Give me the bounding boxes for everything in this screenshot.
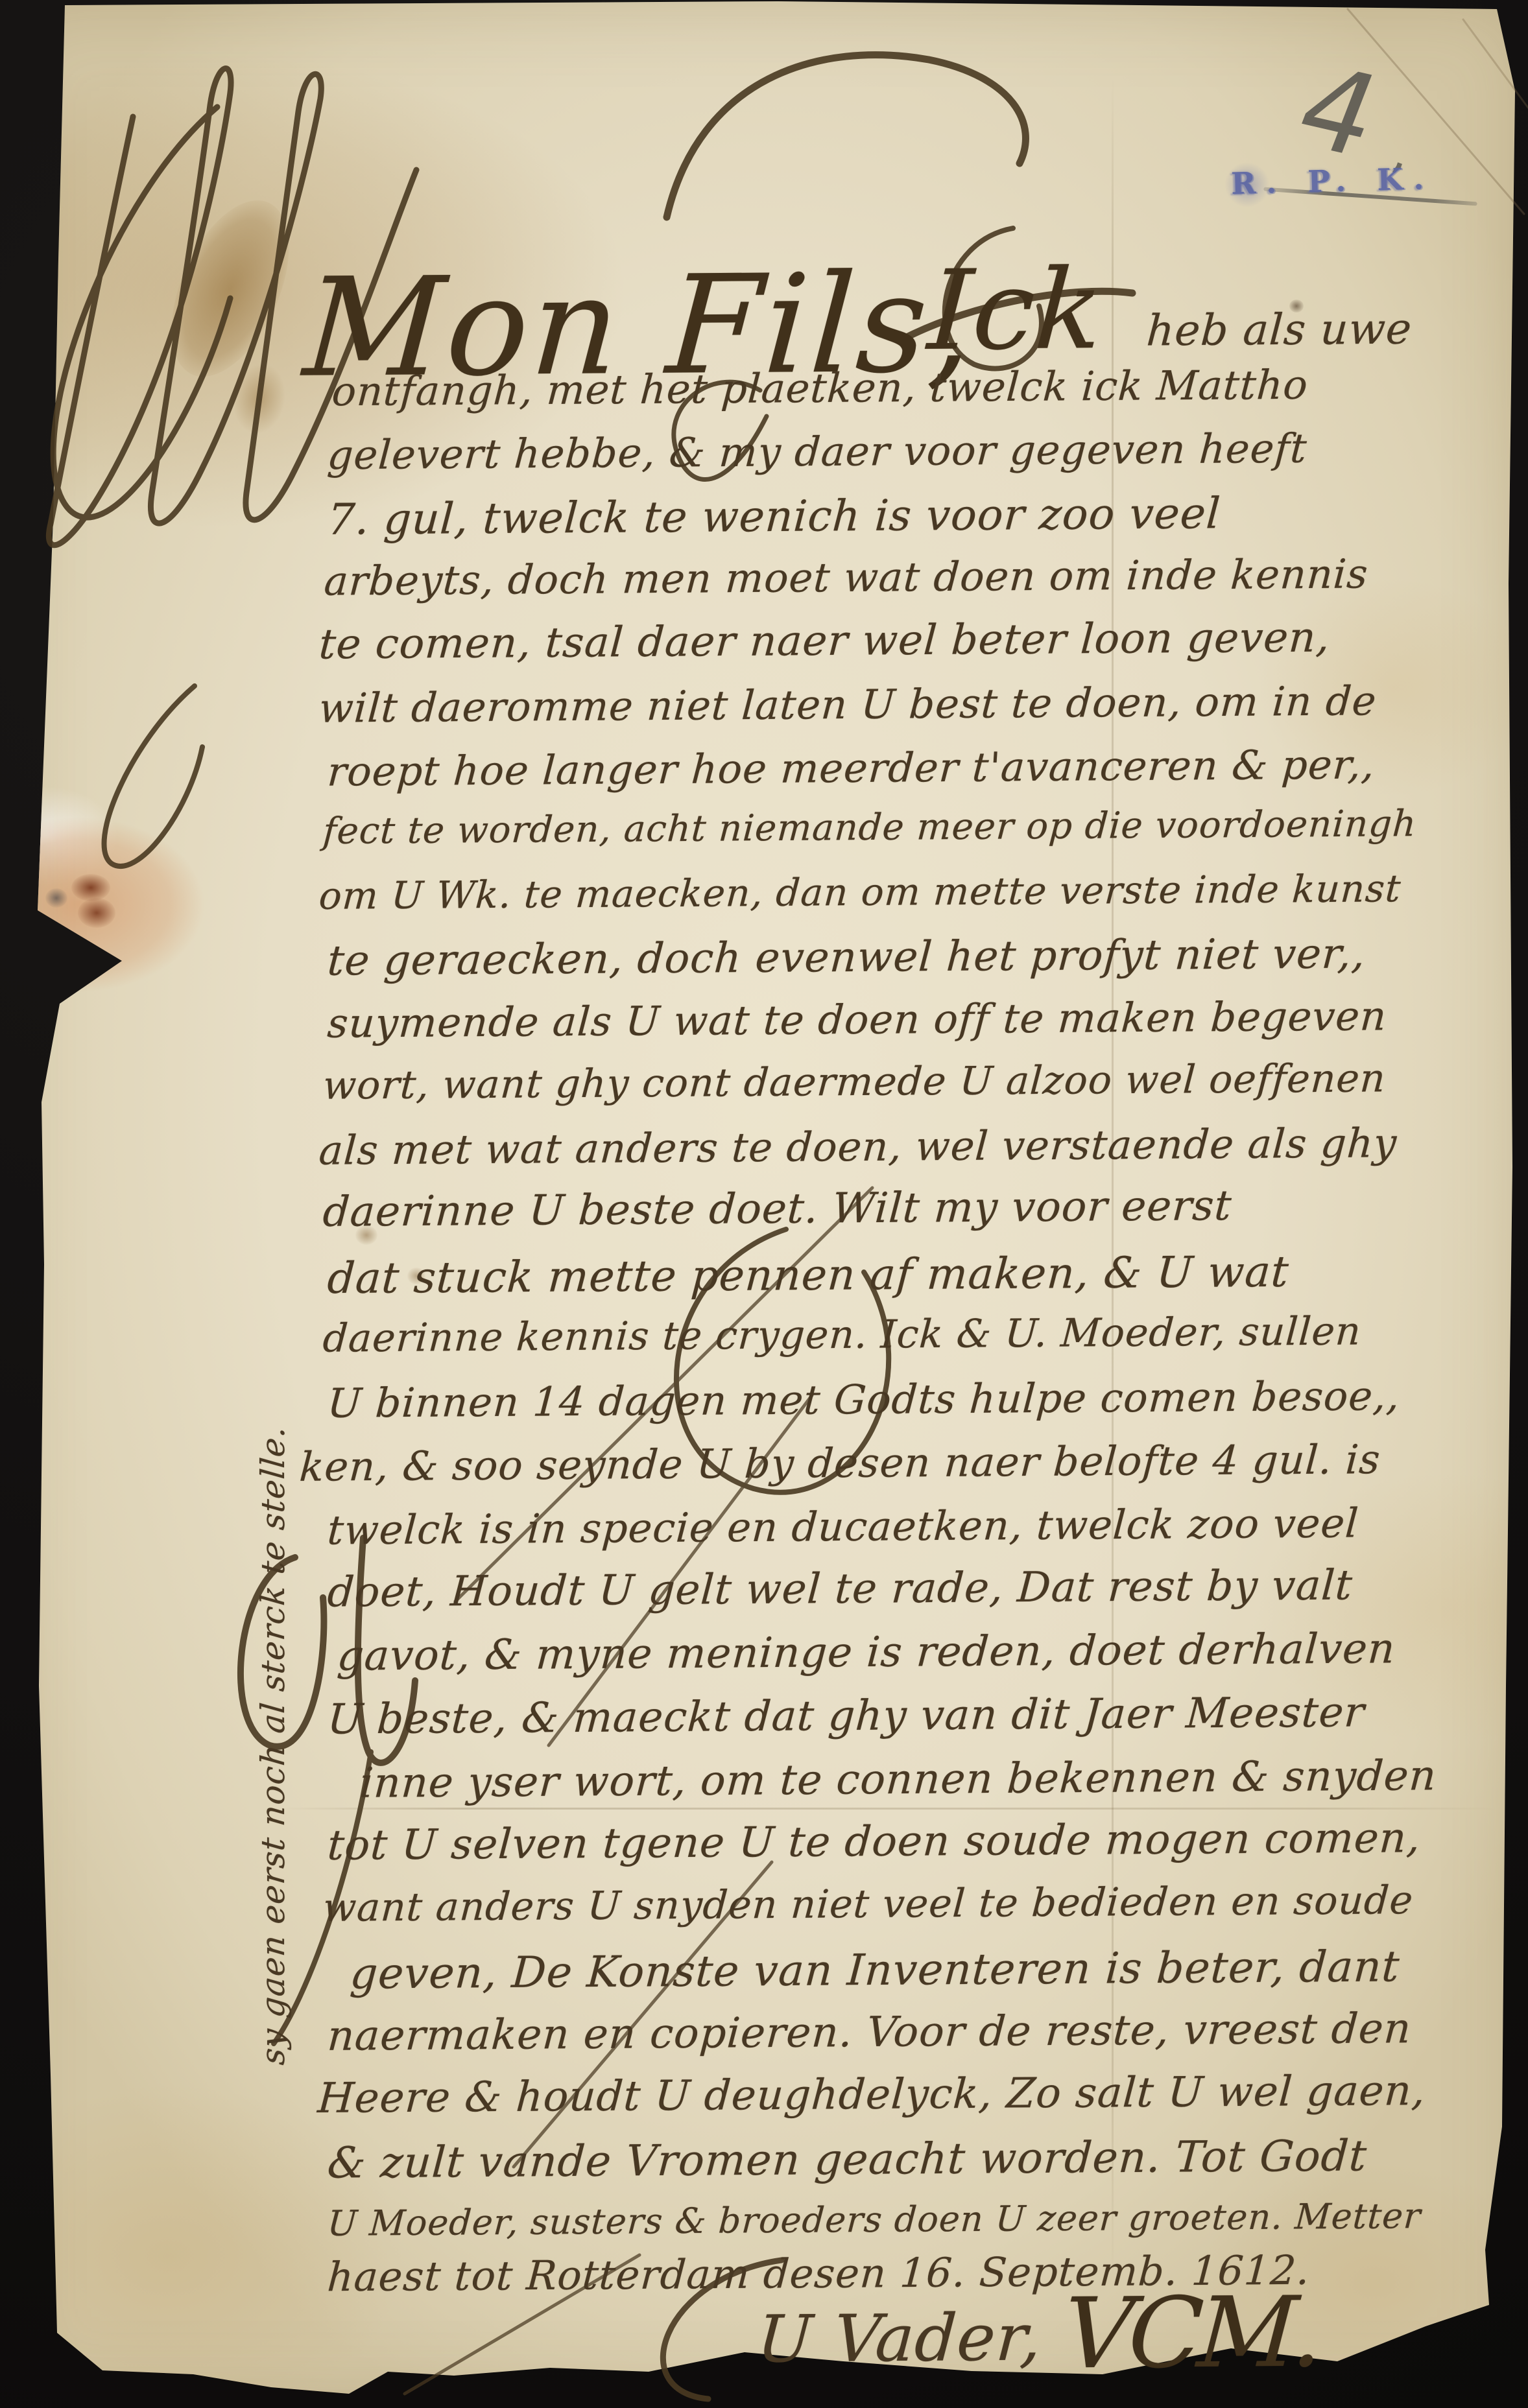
letter-line: twelck is in specie en ducaetken, twelck… [326, 1499, 1361, 1553]
letter-line: doet, Houdt U gelt wel te rade, Dat rest… [326, 1561, 1354, 1616]
letter-line: als met wat anders te doen, wel verstaen… [318, 1119, 1398, 1174]
letter-line: U beste, & maeckt dat ghy van dit Jaer M… [326, 1688, 1367, 1743]
letter-line: naermaken en copieren. Voor de reste, vr… [326, 2005, 1413, 2060]
letter-line: daerinne kennis te crygen. Ick & U. Moed… [322, 1308, 1363, 1361]
letter-line: 7. gul, twelck te wenich is voor zoo vee… [326, 488, 1223, 545]
signature-monogram: VCM. [1060, 2276, 1322, 2391]
letter-line: want anders U snyden niet veel te bedied… [322, 1878, 1415, 1931]
letter-line: gavot, & myne meninge is reden, doet der… [336, 1625, 1397, 1680]
collection-stamp: R. P. K. [1230, 161, 1435, 201]
margin-note: sy gaen eerst noch al sterck te stelle. [254, 1424, 292, 2066]
opening-word: Ick [925, 246, 1107, 375]
letter-line: suymende als U wat te doen off te maken … [326, 992, 1389, 1046]
letter-line: U Moeder, susters & broeders doen U zeer… [326, 2195, 1422, 2244]
letter-line: roept hoe langer hoe meerder t'avanceren… [326, 740, 1377, 795]
letter-line: tot U selven tgene U te doen soude mogen… [326, 1814, 1422, 1870]
letter-line: wilt daeromme niet laten U best te doen,… [318, 677, 1378, 731]
letter-line: arbeyts, doch men moet wat doen om inde … [323, 550, 1370, 604]
letter-line: wort, want ghy cont daermede U alzoo wel… [322, 1056, 1387, 1108]
letter-line: geven, De Konste van Inventeren is beter… [349, 1941, 1402, 1998]
closing-phrase: U Vader, [755, 2299, 1044, 2377]
letter-line: & zult vande Vromen geacht worden. Tot G… [326, 2131, 1368, 2188]
letter-line: te comen, tsal daer naer wel beter loon … [318, 614, 1331, 669]
letter-line: inne yser wort, om te connen bekennen & … [359, 1752, 1438, 1808]
letter-line: ontfangh, met het plaetken, twelck ick M… [331, 361, 1310, 416]
letter-line: daerinne U beste doet. Wilt my voor eers… [322, 1182, 1234, 1236]
letter-line: te geraecken, doch evenwel het profyt ni… [326, 930, 1367, 985]
letter-line: Heere & houdt U deughdelyck, Zo salt U w… [316, 2067, 1427, 2123]
letter-line: dat stuck mette pennen af maken, & U wat [326, 1247, 1291, 1303]
letter-line: fect te worden, acht niemande meer op di… [322, 803, 1418, 853]
letter-line: U binnen 14 dagen met Godts hulpe comen … [326, 1372, 1402, 1427]
letter-line: gelevert hebbe, & my daer voor gegeven h… [326, 425, 1309, 479]
letter-scan: 4 , R. P. K. Mon Fils, Ick heb als uwe o… [0, 0, 1528, 2408]
opening-rest: heb als uwe [1145, 304, 1414, 356]
letter-line: om U Wk. te maecken, dan om mette verste… [318, 866, 1403, 918]
letter-line: ken, & soo seynde U by desen naer beloft… [298, 1435, 1382, 1491]
